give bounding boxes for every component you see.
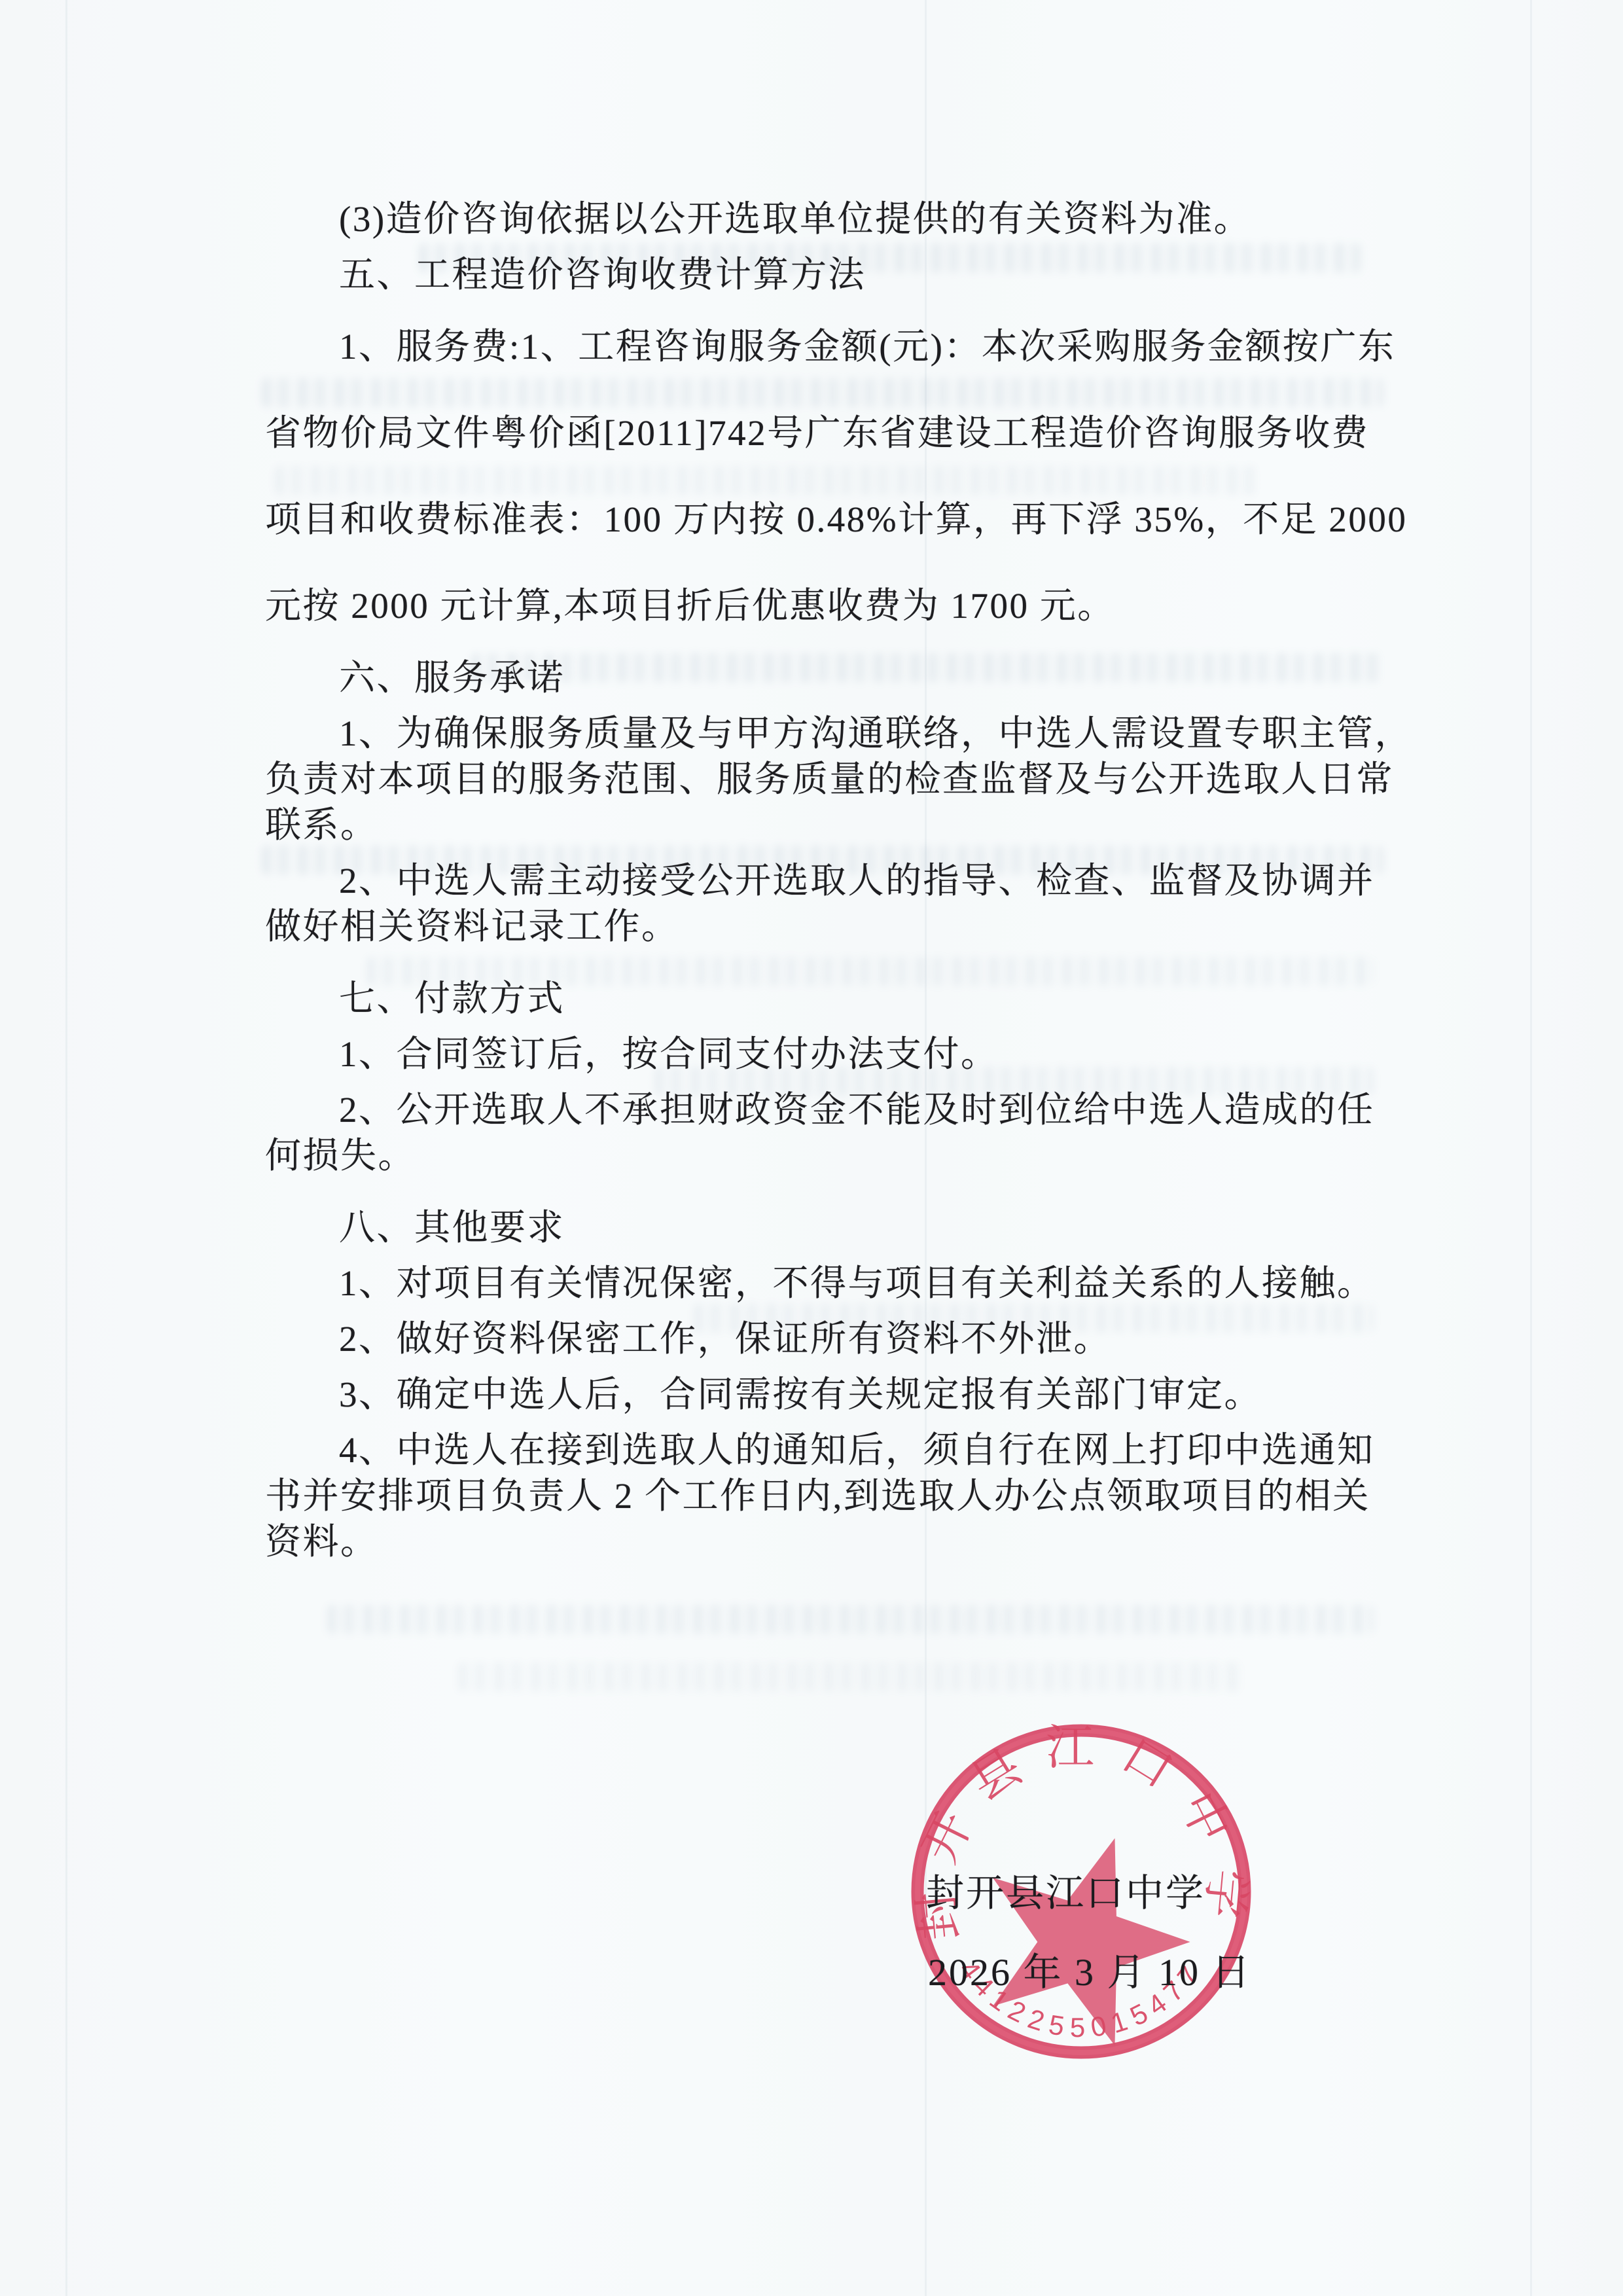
document-line: 五、工程造价咨询收费计算方法 [265,252,1436,298]
document-line: 3、确定中选人后，合同需按有关规定报有关部门审定。 [265,1372,1436,1418]
document-line: 1、对项目有关情况保密，不得与项目有关利益关系的人接触。 [265,1261,1436,1306]
document-line: 元按 2000 元计算,本项目折后优惠收费为 1700 元。 [265,583,1436,629]
scan-band-artifact [1530,0,1532,2296]
bleedthrough-artifact [327,1605,1374,1634]
document-line: (3)造价咨询依据以公开选取单位提供的有关资料为准。 [265,196,1436,242]
document-line: 2、公开选取人不承担财政资金不能及时到位给中选人造成的任 [265,1087,1436,1133]
seal-date-text: 2026 年 3 月 10 日 [928,1941,1252,1996]
document-line: 八、其他要求 [265,1205,1436,1251]
document-line: 省物价局文件粤价函[2011]742号广东省建设工程造价咨询服务收费 [265,410,1436,456]
document-line: 联系。 [265,802,1436,848]
document-line: 4、中选人在接到选取人的通知后，须自行在网上打印中选通知 [265,1427,1436,1473]
document-line: 何损失。 [265,1133,1436,1179]
document-line: 1、为确保服务质量及与甲方沟通联络，中选人需设置专职主管， [265,711,1436,757]
seal-signature-text: 封开县江口中学 [926,1862,1205,1917]
document-line: 书并安排项目负责人 2 个工作日内,到选取人办公点领取项目的相关 [265,1473,1436,1519]
document-line: 七、付款方式 [265,976,1436,1022]
document-line: 负责对本项目的服务范围、服务质量的检查监督及与公开选取人日常 [265,757,1436,802]
document-line: 2、中选人需主动接受公开选取人的指导、检查、监督及协调并 [265,858,1436,904]
document-body: (3)造价咨询依据以公开选取单位提供的有关资料为准。五、工程造价咨询收费计算方法… [265,196,1436,1565]
document-line: 资料。 [265,1519,1436,1565]
document-line: 六、服务承诺 [265,655,1436,701]
document-line: 1、合同签订后，按合同支付办法支付。 [265,1031,1436,1077]
document-line: 做好相关资料记录工作。 [265,904,1436,950]
document-line: 1、服务费:1、工程咨询服务金额(元)：本次采购服务金额按广东 [265,324,1436,370]
scanned-document-page: (3)造价咨询依据以公开选取单位提供的有关资料为准。五、工程造价咨询收费计算方法… [0,0,1623,2296]
scan-band-artifact [65,0,67,2296]
bleedthrough-artifact [458,1662,1243,1691]
document-line: 项目和收费标准表：100 万内按 0.48%计算，再下浮 35%，不足 2000 [265,497,1436,543]
document-line: 2、做好资料保密工作，保证所有资料不外泄。 [265,1316,1436,1362]
